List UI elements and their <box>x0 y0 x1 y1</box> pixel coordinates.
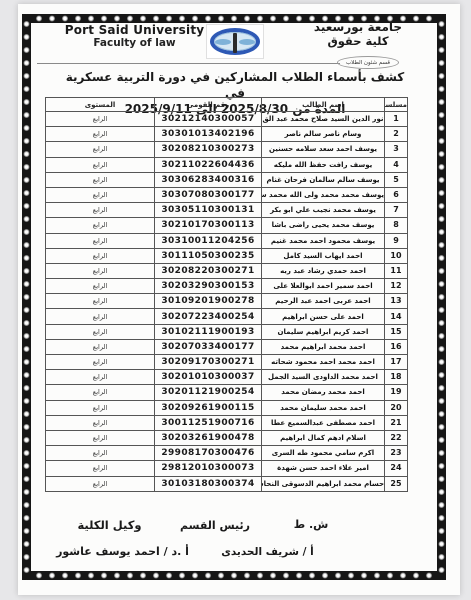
name-cell: احمد محمد سليمان محمد <box>262 400 385 415</box>
level-cell: الرابع <box>46 430 155 445</box>
serial-cell: 17 <box>385 355 408 370</box>
level-cell: الرابع <box>46 203 155 218</box>
table-row: 3يوسف احمد سعد سلامه حسنين30208210300273… <box>46 142 408 157</box>
serial-cell: 9 <box>385 233 408 248</box>
level-cell: الرابع <box>46 233 155 248</box>
id-cell: 30208220300271 <box>155 263 262 278</box>
serial-cell: 2 <box>385 127 408 142</box>
table-row: 7يوسف محمد نجيب علي ابو بكر3030511030013… <box>46 203 408 218</box>
name-cell: حسام محمد ابراهيم الدسوقى النحاس <box>262 476 385 491</box>
serial-cell: 4 <box>385 157 408 172</box>
serial-cell: 3 <box>385 142 408 157</box>
name-cell: احمد سمير احمد ابوالعلا على <box>262 279 385 294</box>
id-cell: 30211022604436 <box>155 157 262 172</box>
serial-cell: 1 <box>385 112 408 127</box>
table-row: 15احمد كريم ابراهيم سليمان30102111900193… <box>46 324 408 339</box>
id-cell: 30203290300153 <box>155 279 262 294</box>
national-id-column-header: رقم القومى <box>155 98 262 112</box>
id-cell: 30210170300113 <box>155 218 262 233</box>
ornate-border-right <box>437 14 446 580</box>
name-cell: امير علاء احمد حسن شهدة <box>262 461 385 476</box>
table-row: 13احمد عربى احمد عبد الرحيم3010920190027… <box>46 294 408 309</box>
serial-cell: 21 <box>385 415 408 430</box>
id-cell: 29908170300476 <box>155 446 262 461</box>
id-cell: 30011251900716 <box>155 415 262 430</box>
level-cell: الرابع <box>46 187 155 202</box>
level-cell: الرابع <box>46 248 155 263</box>
university-header-arabic: جامعة بورسعيد كلية حقوق <box>283 20 433 48</box>
table-row: 21احمد مصطفى عبدالسميع عطا30011251900716… <box>46 415 408 430</box>
table-row: 14احمد على حسن ابراهيم30207223400254الرا… <box>46 309 408 324</box>
id-cell: 29812010300073 <box>155 461 262 476</box>
id-cell: 30111050300235 <box>155 248 262 263</box>
name-cell: احمد كريم ابراهيم سليمان <box>262 324 385 339</box>
serial-cell: 5 <box>385 172 408 187</box>
level-cell: الرابع <box>46 142 155 157</box>
level-cell: الرابع <box>46 339 155 354</box>
table-row: 18احمد محمد الداودى السيد الجمل302010103… <box>46 370 408 385</box>
id-cell: 30305110300131 <box>155 203 262 218</box>
serial-cell: 14 <box>385 309 408 324</box>
name-cell: احمد محمد رمضان محمد <box>262 385 385 400</box>
id-cell: 30306283400316 <box>155 172 262 187</box>
table-row: 4يوسف رافت حفظ الله مليكه30211022604436ا… <box>46 157 408 172</box>
serial-cell: 12 <box>385 279 408 294</box>
level-cell: الرابع <box>46 446 155 461</box>
serial-cell: 25 <box>385 476 408 491</box>
serial-cell: 24 <box>385 461 408 476</box>
faculty-name-ar: كلية حقوق <box>283 34 433 48</box>
level-cell: الرابع <box>46 400 155 415</box>
name-cell: احمد محمد احمد محمود شحاته <box>262 355 385 370</box>
university-name-en: Port Said University <box>52 23 217 37</box>
level-cell: الرابع <box>46 309 155 324</box>
photo-background: Port Said University Faculty of law جامع… <box>0 0 471 600</box>
department-head-name: أ / شريف الحديدى <box>205 546 330 558</box>
level-cell: الرابع <box>46 370 155 385</box>
id-cell: 30201010300037 <box>155 370 262 385</box>
table-row: 23اكرم سامي محمود طه السرى29908170300476… <box>46 446 408 461</box>
logo-monument <box>233 33 237 53</box>
id-cell: 30201121900254 <box>155 385 262 400</box>
id-cell: 30109201900278 <box>155 294 262 309</box>
serial-cell: 13 <box>385 294 408 309</box>
level-column-header: المستوى <box>46 98 155 112</box>
name-cell: وسام ناصر سالم ناصر <box>262 127 385 142</box>
serial-cell: 22 <box>385 430 408 445</box>
table-row: 2وسام ناصر سالم ناصر30301013402196الرابع <box>46 127 408 142</box>
department-head-title: رئيس القسم <box>170 519 260 532</box>
name-cell: نور الدين السيد صلاح محمد عبد الق <box>262 112 385 127</box>
name-cell: يوسف رافت حفظ الله مليكه <box>262 157 385 172</box>
name-cell: اكرم سامي محمود طه السرى <box>262 446 385 461</box>
serial-cell: 10 <box>385 248 408 263</box>
department-stamp-label: قسم شئون الطلاب <box>337 56 399 69</box>
name-cell: يوسف محمد يحيى راضى باشا <box>262 218 385 233</box>
id-cell: 30301013402196 <box>155 127 262 142</box>
serial-cell: 19 <box>385 385 408 400</box>
id-cell: 30212140300057 <box>155 112 262 127</box>
serial-cell: 8 <box>385 218 408 233</box>
table-row: 6يوسف محمد محمد ولى الله محمد سليمان3030… <box>46 187 408 202</box>
name-cell: احمد على حسن ابراهيم <box>262 309 385 324</box>
id-cell: 30209261900115 <box>155 400 262 415</box>
logo-wing-left <box>215 39 231 45</box>
serial-cell: 6 <box>385 187 408 202</box>
id-cell: 30307080300177 <box>155 187 262 202</box>
name-cell: يوسف محمد نجيب علي ابو بكر <box>262 203 385 218</box>
table-row: 17احمد محمد احمد محمود شحاته302091703002… <box>46 355 408 370</box>
name-cell: يوسف احمد سعد سلامه حسنين <box>262 142 385 157</box>
vice-dean-title: وكيل الكلية <box>62 518 157 532</box>
vice-dean-name: أ .د / احمد يوسف عاشور <box>50 545 195 558</box>
university-header-english: Port Said University Faculty of law <box>52 23 217 49</box>
table-row: 10احمد ايهاب السيد كامل30111050300235الر… <box>46 248 408 263</box>
level-cell: الرابع <box>46 324 155 339</box>
level-cell: الرابع <box>46 476 155 491</box>
level-cell: الرابع <box>46 127 155 142</box>
name-column-header: اسم الطالب <box>262 98 385 112</box>
faculty-name-en: Faculty of law <box>52 37 217 49</box>
table-row: 5يوسف سالم سالمان فرحان غنام303062834003… <box>46 172 408 187</box>
name-cell: احمد عربى احمد عبد الرحيم <box>262 294 385 309</box>
id-cell: 30203261900478 <box>155 430 262 445</box>
students-table: مسلسل اسم الطالب رقم القومى المستوى 1نور… <box>45 97 408 492</box>
university-logo-icon <box>206 24 264 59</box>
table-row: 12احمد سمير احمد ابوالعلا على30203290300… <box>46 279 408 294</box>
serial-cell: 11 <box>385 263 408 278</box>
ornate-border-left <box>22 14 31 580</box>
student-table-body: 1نور الدين السيد صلاح محمد عبد الق302121… <box>46 112 408 492</box>
table-row: 24امير علاء احمد حسن شهدة29812010300073ا… <box>46 461 408 476</box>
level-cell: الرابع <box>46 294 155 309</box>
level-cell: الرابع <box>46 279 155 294</box>
table-row: 25حسام محمد ابراهيم الدسوقى النحاس301031… <box>46 476 408 491</box>
table-row: 11احمد حمدي رشاد عبد ربه30208220300271ال… <box>46 263 408 278</box>
id-cell: 30102111900193 <box>155 324 262 339</box>
id-cell: 30207223400254 <box>155 309 262 324</box>
name-cell: احمد محمد الداودى السيد الجمل <box>262 370 385 385</box>
clerk-initials: ش. ط <box>286 518 336 531</box>
id-cell: 30208210300273 <box>155 142 262 157</box>
level-cell: الرابع <box>46 263 155 278</box>
serial-cell: 20 <box>385 400 408 415</box>
level-cell: الرابع <box>46 157 155 172</box>
level-cell: الرابع <box>46 355 155 370</box>
serial-cell: 15 <box>385 324 408 339</box>
name-cell: احمد ايهاب السيد كامل <box>262 248 385 263</box>
table-row: 8يوسف محمد يحيى راضى باشا30210170300113ا… <box>46 218 408 233</box>
name-cell: يوسف سالم سالمان فرحان غنام <box>262 172 385 187</box>
serial-cell: 18 <box>385 370 408 385</box>
level-cell: الرابع <box>46 415 155 430</box>
name-cell: احمد حمدي رشاد عبد ربه <box>262 263 385 278</box>
id-cell: 30207033400177 <box>155 339 262 354</box>
level-cell: الرابع <box>46 461 155 476</box>
serial-cell: 23 <box>385 446 408 461</box>
table-row: 19احمد محمد رمضان محمد30201121900254الرا… <box>46 385 408 400</box>
level-cell: الرابع <box>46 112 155 127</box>
level-cell: الرابع <box>46 218 155 233</box>
logo-wing-right <box>239 39 255 45</box>
table-row: 20احمد محمد سليمان محمد30209261900115الر… <box>46 400 408 415</box>
university-name-ar: جامعة بورسعيد <box>283 20 433 34</box>
level-cell: الرابع <box>46 385 155 400</box>
table-row: 16احمد محمد ابراهيم محمد30207033400177ال… <box>46 339 408 354</box>
name-cell: يوسف محمود احمد محمد غنيم <box>262 233 385 248</box>
table-header-row: مسلسل اسم الطالب رقم القومى المستوى <box>46 98 408 112</box>
table-row: 9يوسف محمود احمد محمد غنيم30310011204256… <box>46 233 408 248</box>
header-divider <box>37 63 340 64</box>
ornate-border-bottom <box>22 571 446 580</box>
table-row: 1نور الدين السيد صلاح محمد عبد الق302121… <box>46 112 408 127</box>
name-cell: يوسف محمد محمد ولى الله محمد سليمان <box>262 187 385 202</box>
serial-cell: 7 <box>385 203 408 218</box>
serial-column-header: مسلسل <box>385 98 408 112</box>
id-cell: 30209170300271 <box>155 355 262 370</box>
table-row: 22اسلام ادهم كمال ابراهيم30203261900478ا… <box>46 430 408 445</box>
serial-cell: 16 <box>385 339 408 354</box>
level-cell: الرابع <box>46 172 155 187</box>
id-cell: 30103180300374 <box>155 476 262 491</box>
name-cell: اسلام ادهم كمال ابراهيم <box>262 430 385 445</box>
name-cell: احمد مصطفى عبدالسميع عطا <box>262 415 385 430</box>
name-cell: احمد محمد ابراهيم محمد <box>262 339 385 354</box>
id-cell: 30310011204256 <box>155 233 262 248</box>
